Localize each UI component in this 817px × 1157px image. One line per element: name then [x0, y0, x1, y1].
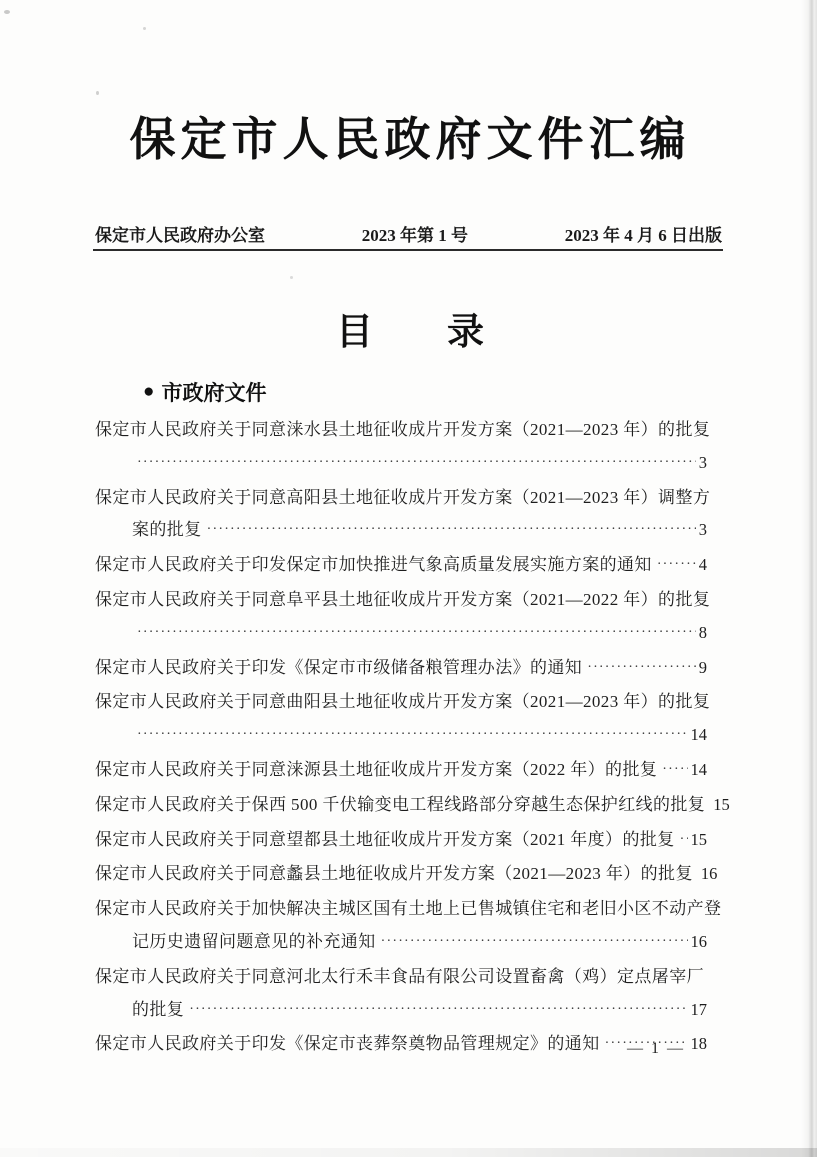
section-header-city-gov-documents: ● 市政府文件	[143, 377, 266, 407]
toc-entry-line: 保定市人民政府关于加快解决主城区国有土地上已售城镇住宅和老旧小区不动产登	[95, 893, 707, 926]
toc-entry-line: 保定市人民政府关于印发《保定市市级储备粮管理办法》的通知············…	[95, 652, 707, 687]
toc-page-number: 15	[691, 824, 708, 857]
dot-leader: ········································…	[207, 514, 696, 547]
document-title: 保定市人民政府文件汇编	[70, 103, 750, 169]
toc-entry-title: 保定市人民政府关于同意高阳县土地征收成片开发方案（2021—2023 年）调整方	[95, 482, 710, 515]
scanned-page: 保定市人民政府文件汇编 保定市人民政府办公室 2023 年第 1 号 2023 …	[0, 0, 817, 1157]
toc-entry-title: 保定市人民政府关于同意蠡县土地征收成片开发方案（2021—2023 年）的批复	[95, 858, 693, 891]
scan-speck	[290, 276, 293, 279]
section-header-label: 市政府文件	[161, 377, 266, 407]
toc-entry-line: 保定市人民政府关于同意高阳县土地征收成片开发方案（2021—2023 年）调整方	[95, 482, 707, 515]
masthead-publish-date: 2023 年 4 月 6 日出版	[565, 221, 722, 246]
toc-entry-title: 保定市人民政府关于印发《保定市市级储备粮管理办法》的通知	[95, 652, 582, 685]
toc-entry-line: 保定市人民政府关于同意河北太行禾丰食品有限公司设置畜禽（鸡）定点屠宰厂	[95, 961, 707, 994]
toc-page-number: 9	[699, 652, 707, 685]
toc-page-number: 8	[699, 617, 707, 650]
toc-entry-line: ········································…	[95, 617, 707, 652]
toc-entry-line: 案的批复····································…	[95, 514, 707, 549]
toc-page-number: 17	[691, 994, 708, 1027]
toc-entry-title: 保定市人民政府关于印发保定市加快推进气象高质量发展实施方案的通知	[95, 549, 652, 582]
toc-page-number: 4	[699, 549, 707, 582]
toc-entry-title: 保定市人民政府关于同意阜平县土地征收成片开发方案（2021—2022 年）的批复	[95, 584, 710, 617]
toc-entry-line: 记历史遗留问题意见的补充通知··························…	[95, 926, 707, 961]
masthead-office: 保定市人民政府办公室	[95, 221, 265, 246]
toc-page-number: 16	[701, 858, 718, 891]
toc-page-number: 15	[713, 789, 730, 822]
scan-speck	[4, 10, 10, 14]
toc-page-number: 3	[699, 447, 707, 480]
toc-page-number: 14	[691, 754, 708, 787]
masthead-row: 保定市人民政府办公室 2023 年第 1 号 2023 年 4 月 6 日出版	[95, 221, 722, 246]
toc-entry-title: 保定市人民政府关于同意涞水县土地征收成片开发方案（2021—2023 年）的批复	[95, 414, 710, 447]
toc-entry-line: ········································…	[95, 719, 707, 754]
toc-heading: 目 录	[70, 301, 750, 355]
scan-speck	[96, 91, 99, 95]
toc-list: 保定市人民政府关于同意涞水县土地征收成片开发方案（2021—2023 年）的批复…	[95, 414, 707, 1063]
dot-leader: ········································…	[137, 719, 688, 752]
toc-entry-line: 保定市人民政府关于同意蠡县土地征收成片开发方案（2021—2023 年）的批复·…	[95, 858, 707, 893]
toc-entry-line: 保定市人民政府关于同意望都县土地征收成片开发方案（2021 年度）的批复····…	[95, 824, 707, 859]
toc-entry-line: 保定市人民政府关于保西 500 千伏输变电工程线路部分穿越生态保护红线的批复··…	[95, 789, 707, 824]
toc-entry-line: 保定市人民政府关于同意阜平县土地征收成片开发方案（2021—2022 年）的批复	[95, 584, 707, 617]
masthead-issue-number: 2023 年第 1 号	[362, 221, 468, 246]
dot-leader: ········································…	[587, 652, 696, 685]
toc-entry-title: 保定市人民政府关于同意望都县土地征收成片开发方案（2021 年度）的批复	[95, 824, 675, 857]
dot-leader: ········································…	[137, 617, 696, 650]
toc-page-number: 3	[699, 514, 707, 547]
toc-entry-title: 保定市人民政府关于同意涞源县土地征收成片开发方案（2022 年）的批复	[95, 754, 657, 787]
toc-entry-line: 保定市人民政府关于同意涞水县土地征收成片开发方案（2021—2023 年）的批复	[95, 414, 707, 447]
dot-leader: ········································…	[137, 447, 696, 480]
toc-entry-title: 保定市人民政府关于保西 500 千伏输变电工程线路部分穿越生态保护红线的批复	[95, 789, 705, 822]
dot-leader: ········································…	[657, 549, 696, 582]
page-number-folio: — 1 —	[95, 1040, 707, 1058]
toc-entry-title: 案的批复	[132, 514, 202, 547]
toc-entry-line: 保定市人民政府关于同意涞源县土地征收成片开发方案（2022 年）的批复·····…	[95, 754, 707, 789]
bullet-icon: ●	[143, 381, 154, 403]
toc-entry-line: 保定市人民政府关于同意曲阳县土地征收成片开发方案（2021—2023 年）的批复	[95, 686, 707, 719]
toc-entry-title: 的批复	[132, 994, 184, 1027]
masthead-rule	[93, 249, 723, 251]
scan-edge-right	[801, 0, 817, 1157]
toc-page-number: 16	[691, 926, 708, 959]
dot-leader: ········································…	[189, 994, 687, 1027]
toc-entry-title: 保定市人民政府关于同意河北太行禾丰食品有限公司设置畜禽（鸡）定点屠宰厂	[95, 961, 704, 994]
toc-entry-line: 的批复·····································…	[95, 994, 707, 1029]
dot-leader: ········································…	[662, 754, 687, 787]
dot-leader: ········································…	[680, 824, 688, 857]
toc-entry-line: 保定市人民政府关于印发保定市加快推进气象高质量发展实施方案的通知········…	[95, 549, 707, 584]
toc-page-number: 14	[691, 719, 708, 752]
toc-entry-title: 保定市人民政府关于同意曲阳县土地征收成片开发方案（2021—2023 年）的批复	[95, 686, 710, 719]
scan-speck	[143, 27, 146, 30]
toc-entry-title: 保定市人民政府关于加快解决主城区国有土地上已售城镇住宅和老旧小区不动产登	[95, 893, 721, 926]
dot-leader: ········································…	[381, 926, 688, 959]
scan-edge-bottom	[0, 1148, 817, 1157]
toc-entry-line: ········································…	[95, 447, 707, 482]
toc-entry-title: 记历史遗留问题意见的补充通知	[132, 926, 376, 959]
